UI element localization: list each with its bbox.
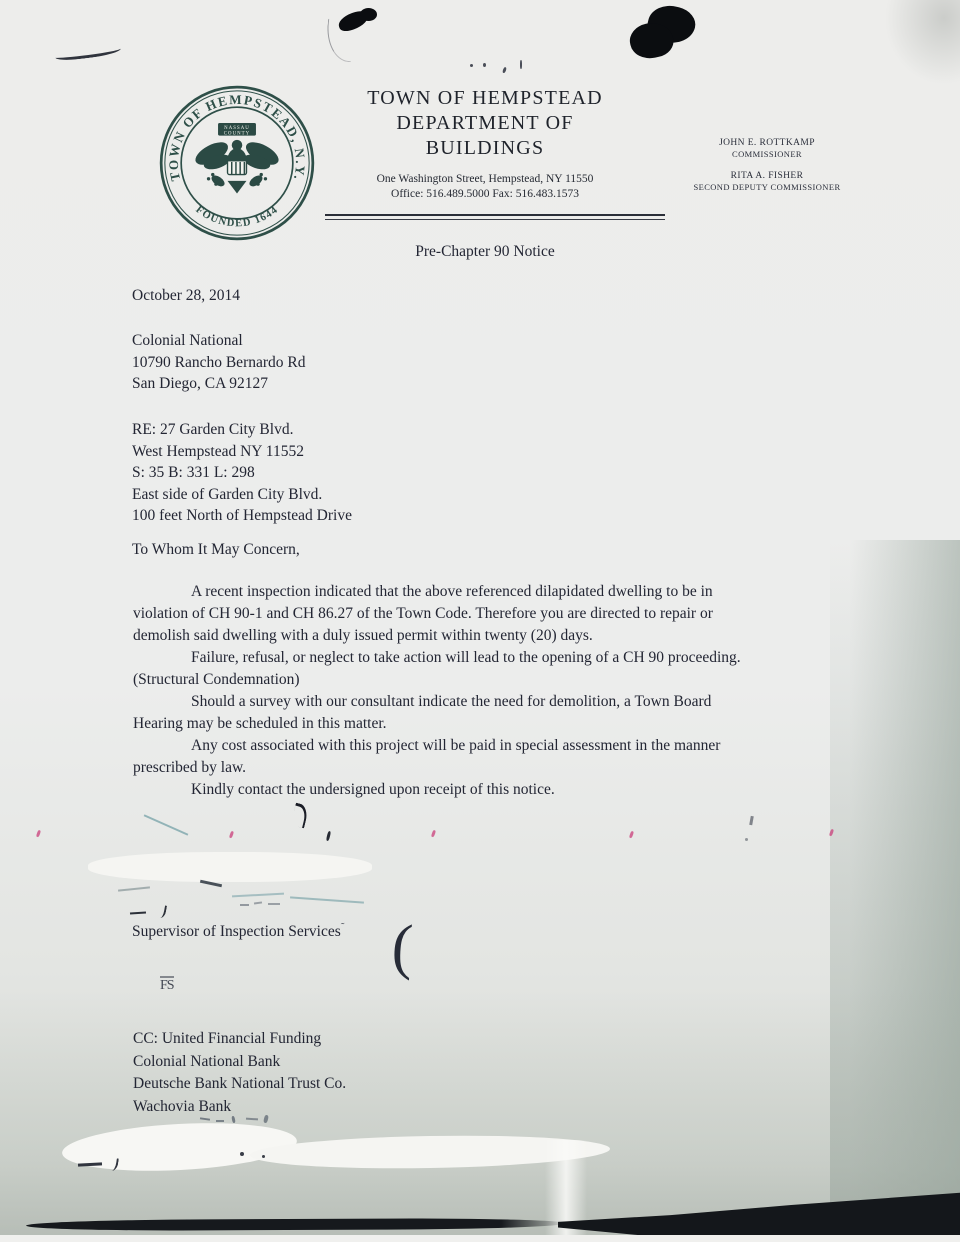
pink-mark-artifact (431, 830, 436, 837)
pen-tilde-artifact: ˜ (341, 921, 345, 933)
notice-title: Pre-Chapter 90 Notice (320, 243, 650, 261)
pen-stroke-artifact (157, 904, 167, 918)
letterhead: TOWN OF HEMPSTEAD DEPARTMENT OF BUILDING… (318, 86, 652, 202)
pink-mark-artifact (229, 831, 234, 838)
letter-date: October 28, 2014 (132, 287, 240, 305)
ink-blob-artifact (360, 8, 377, 21)
shield-chief (228, 156, 247, 162)
recipient-line: 10790 Rancho Bernardo Rd (132, 352, 305, 374)
pink-mark-artifact (629, 831, 634, 838)
re-line: West Hempstead NY 11552 (132, 441, 352, 463)
seal-banner-text-2: COUNTY (224, 131, 250, 136)
ink-curve-artifact (324, 19, 355, 63)
town-seal-graphic: TOWN OF HEMPSTEAD, N.Y. FOUNDED 1644 (158, 84, 316, 242)
official-title: COMMISSIONER (642, 149, 892, 160)
agency-name: TOWN OF HEMPSTEAD (318, 86, 652, 111)
re-line: RE: 27 Garden City Blvd. (132, 419, 352, 441)
body-line: A recent inspection indicated that the a… (133, 581, 853, 603)
body-line: (Structural Condemnation) (133, 669, 853, 691)
whiteout-signature (88, 852, 372, 882)
speck-artifact (240, 1152, 244, 1156)
re-line: S: 35 B: 331 L: 298 (132, 462, 352, 484)
re-block: RE: 27 Garden City Blvd. West Hempstead … (132, 419, 352, 527)
body-line: demolish said dwelling with a duly issue… (133, 625, 853, 647)
fs-mark-artifact: FS (160, 976, 174, 994)
pen-stroke-artifact (254, 901, 262, 904)
re-line: 100 feet North of Hempstead Drive (132, 505, 352, 527)
seal-ring-text-bottom: FOUNDED 1644 (193, 204, 280, 229)
pen-mark-artifact (55, 43, 122, 62)
signer-title: Supervisor of Inspection Services (132, 923, 341, 940)
department-line-2: BUILDINGS (318, 136, 652, 161)
body-line: Any cost associated with this project wi… (133, 735, 853, 757)
recipient-line: San Diego, CA 92127 (132, 373, 305, 395)
seal-banner-text-1: NASSAU (224, 126, 250, 131)
cc-line: Deutsche Bank National Trust Co. (133, 1073, 346, 1096)
signature-block: Supervisor of Inspection Services˜ (132, 921, 344, 941)
pen-stroke-artifact (268, 903, 280, 905)
letterhead-divider (325, 214, 665, 220)
pen-stroke-artifact (118, 886, 150, 891)
letter-body: A recent inspection indicated that the a… (133, 581, 853, 801)
town-seal: TOWN OF HEMPSTEAD, N.Y. FOUNDED 1644 (158, 84, 316, 242)
officials-block: JOHN E. ROTTKAMP COMMISSIONER RITA A. FI… (642, 138, 892, 193)
body-line: prescribed by law. (133, 757, 853, 779)
cc-block: CC: United Financial Funding Colonial Na… (133, 1028, 346, 1118)
smudge-artifact (216, 1120, 224, 1122)
recipient-line: Colonial National (132, 330, 305, 352)
cc-line: CC: United Financial Funding (133, 1028, 346, 1051)
speck-artifact (749, 816, 753, 825)
speck-artifact (745, 838, 748, 841)
re-line: East side of Garden City Blvd. (132, 484, 352, 506)
agency-phones: Office: 516.489.5000 Fax: 516.483.1573 (318, 187, 652, 202)
official-name: RITA A. FISHER (642, 171, 892, 182)
official-title: SECOND DEPUTY COMMISSIONER (642, 182, 892, 193)
pen-paren-artifact: ( (390, 910, 415, 985)
page-bottom-edge (0, 1235, 960, 1242)
body-line: Should a survey with our consultant indi… (133, 691, 853, 713)
speck-artifact (502, 67, 506, 73)
pen-stroke-artifact (144, 814, 189, 835)
salutation: To Whom It May Concern, (132, 541, 300, 559)
scanned-letter-page: TOWN OF HEMPSTEAD, N.Y. FOUNDED 1644 (0, 0, 960, 1242)
speck-artifact (483, 63, 486, 67)
body-line: Failure, refusal, or neglect to take act… (133, 647, 853, 669)
cc-line: Wachovia Bank (133, 1096, 346, 1119)
pen-stroke-artifact (290, 896, 364, 903)
pen-comma-artifact (326, 831, 331, 841)
body-line: Kindly contact the undersigned upon rece… (133, 779, 853, 801)
official-name: JOHN E. ROTTKAMP (642, 138, 892, 149)
speck-artifact (262, 1155, 265, 1158)
svg-text:FOUNDED 1644: FOUNDED 1644 (193, 204, 280, 229)
pen-stroke-artifact (232, 893, 284, 898)
pen-stroke-artifact (240, 904, 249, 906)
recipient-address: Colonial National 10790 Rancho Bernardo … (132, 330, 305, 395)
pen-hook-artifact (290, 803, 309, 829)
body-line: violation of CH 90-1 and CH 86.27 of the… (133, 603, 853, 625)
scan-smudge-top-right (880, 0, 960, 90)
pen-stroke-artifact (130, 911, 146, 914)
speck-artifact (470, 64, 473, 67)
pink-mark-artifact (36, 830, 41, 837)
speck-artifact (520, 60, 522, 69)
cc-line: Colonial National Bank (133, 1051, 346, 1074)
body-line: Hearing may be scheduled in this matter. (133, 713, 853, 735)
department-line-1: DEPARTMENT OF (318, 111, 652, 136)
agency-address: One Washington Street, Hempstead, NY 115… (318, 172, 652, 187)
